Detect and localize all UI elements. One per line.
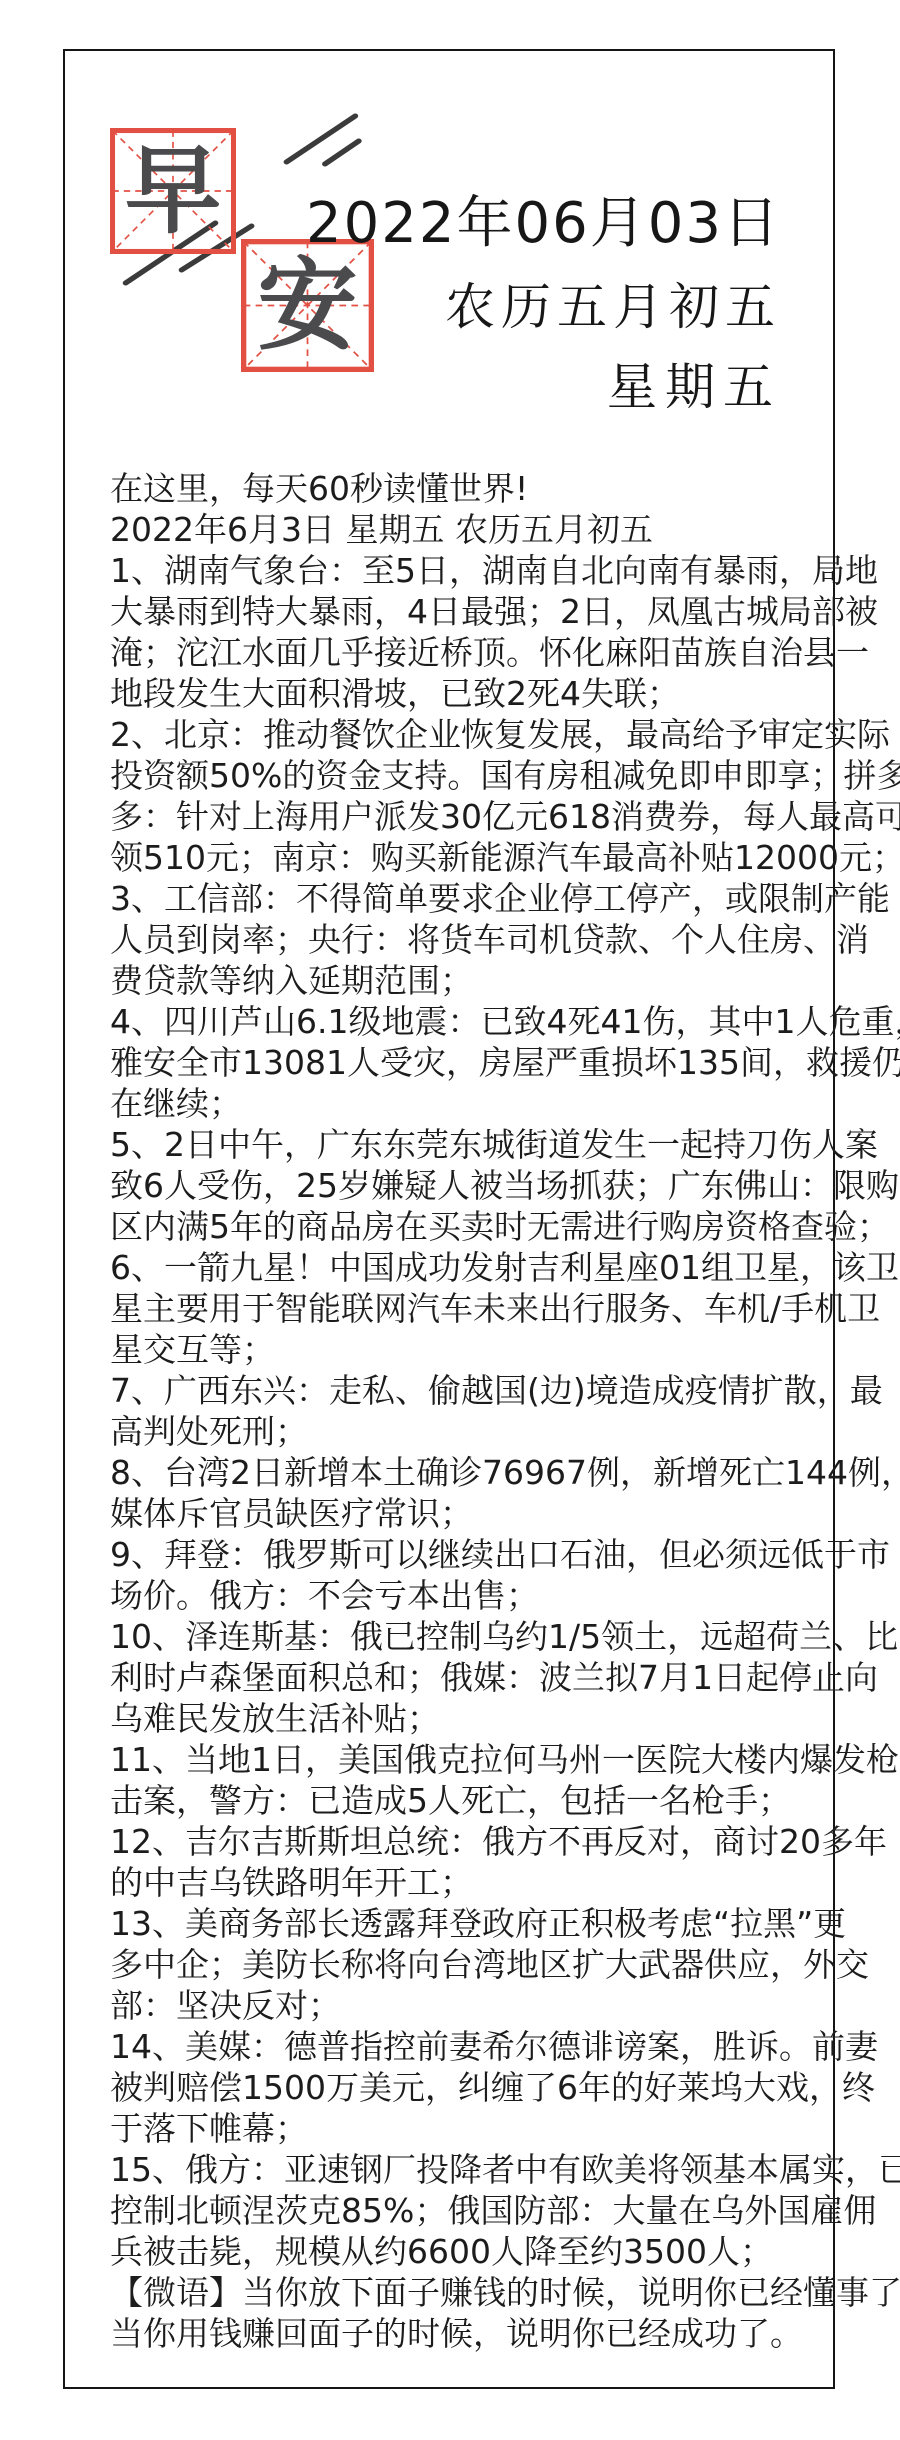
news-line: 3、工信部：不得简单要求企业停工停产，或限制产能 [110, 878, 842, 919]
news-line: 击案，警方：已造成5人死亡，包括一名枪手； [110, 1780, 842, 1821]
news-line: 在继续； [110, 1083, 842, 1124]
news-line: 人员到岗率；央行：将货车司机贷款、个人住房、消 [110, 919, 842, 960]
news-line: 区内满5年的商品房在买卖时无需进行购房资格查验； [110, 1206, 842, 1247]
news-line: 场价。俄方：不会亏本出售； [110, 1575, 842, 1616]
news-line: 地段发生大面积滑坡，已致2死4失联； [110, 673, 842, 714]
news-line: 多：针对上海用户派发30亿元618消费券，每人最高可 [110, 796, 842, 837]
news-line: 10、泽连斯基：俄已控制乌约1/5领土，远超荷兰、比 [110, 1616, 842, 1657]
news-line: 星主要用于智能联网汽车未来出行服务、车机/手机卫 [110, 1288, 842, 1329]
news-line: 费贷款等纳入延期范围； [110, 960, 842, 1001]
news-line: 9、拜登：俄罗斯可以继续出口石油，但必须远低于市 [110, 1534, 842, 1575]
news-line: 大暴雨到特大暴雨，4日最强；2日，凤凰古城局部被 [110, 591, 842, 632]
news-line: 淹；沱江水面几乎接近桥顶。怀化麻阳苗族自治县一 [110, 632, 842, 673]
news-line: 乌难民发放生活补贴； [110, 1698, 842, 1739]
news-line: 2022年6月3日 星期五 农历五月初五 [110, 509, 842, 550]
news-line: 2、北京：推动餐饮企业恢复发展，最高给予审定实际 [110, 714, 842, 755]
news-line: 8、台湾2日新增本土确诊76967例，新增死亡144例， [110, 1452, 842, 1493]
news-line: 11、当地1日，美国俄克拉何马州一医院大楼内爆发枪 [110, 1739, 842, 1780]
news-line: 12、吉尔吉斯斯坦总统：俄方不再反对，商讨20多年 [110, 1821, 842, 1862]
news-line: 13、美商务部长透露拜登政府正积极考虑“拉黑”更 [110, 1903, 842, 1944]
news-line: 的中吉乌铁路明年开工； [110, 1862, 842, 1903]
news-line: 雅安全市13081人受灾，房屋严重损坏135间，救援仍 [110, 1042, 842, 1083]
news-line: 15、俄方：亚速钢厂投降者中有欧美将领基本属实，已 [110, 2149, 842, 2190]
news-line: 投资额50%的资金支持。国有房租减免即申即享；拼多 [110, 755, 842, 796]
news-line: 7、广西东兴：走私、偷越国(边)境造成疫情扩散，最 [110, 1370, 842, 1411]
gregorian-date: 2022年06月03日 [306, 179, 781, 259]
news-line: 当你用钱赚回面子的时候，说明你已经成功了。 [110, 2313, 842, 2354]
zao-char: 早 [110, 128, 236, 254]
zao-grid-box: 早 [110, 128, 236, 254]
news-line: 致6人受伤，25岁嫌疑人被当场抓获；广东佛山：限购 [110, 1165, 842, 1206]
news-line: 5、2日中午，广东东莞东城街道发生一起持刀伤人案 [110, 1124, 842, 1165]
news-line: 14、美媒：德普指控前妻希尔德诽谤案，胜诉。前妻 [110, 2026, 842, 2067]
lunar-date: 农历五月初五 [445, 267, 781, 339]
news-line: 媒体斥官员缺医疗常识； [110, 1493, 842, 1534]
news-line: 1、湖南气象台：至5日，湖南自北向南有暴雨，局地 [110, 550, 842, 591]
news-line: 利时卢森堡面积总和；俄媒：波兰拟7月1日起停止向 [110, 1657, 842, 1698]
news-line: 星交互等； [110, 1329, 842, 1370]
poster-frame: 早 安 2022年06月03日 农历五月初五 星期五 在这里，每天60秒读懂世界… [63, 49, 835, 2389]
news-line: 控制北顿涅茨克85%；俄国防部：大量在乌外国雇佣 [110, 2190, 842, 2231]
news-line: 【微语】当你放下面子赚钱的时候，说明你已经懂事了。 [110, 2272, 842, 2313]
news-line: 于落下帷幕； [110, 2108, 842, 2149]
weekday: 星期五 [607, 347, 781, 419]
morning-news-poster: { "poster": { "logo": { "first_char": "早… [0, 0, 900, 2440]
news-line: 部：坚决反对； [110, 1985, 842, 2026]
news-line: 领510元；南京：购买新能源汽车最高补贴12000元； [110, 837, 842, 878]
news-line: 多中企；美防长称将向台湾地区扩大武器供应，外交 [110, 1944, 842, 1985]
news-line: 6、一箭九星！中国成功发射吉利星座01组卫星，该卫 [110, 1247, 842, 1288]
news-line: 在这里，每天60秒读懂世界! [110, 468, 842, 509]
news-line: 高判处死刑； [110, 1411, 842, 1452]
news-body: 在这里，每天60秒读懂世界!2022年6月3日 星期五 农历五月初五1、湖南气象… [110, 468, 842, 2354]
news-line: 兵被击毙，规模从约6600人降至约3500人； [110, 2231, 842, 2272]
news-line: 4、四川芦山6.1级地震：已致4死41伤，其中1人危重， [110, 1001, 842, 1042]
news-line: 被判赔偿1500万美元，纠缠了6年的好莱坞大戏，终 [110, 2067, 842, 2108]
